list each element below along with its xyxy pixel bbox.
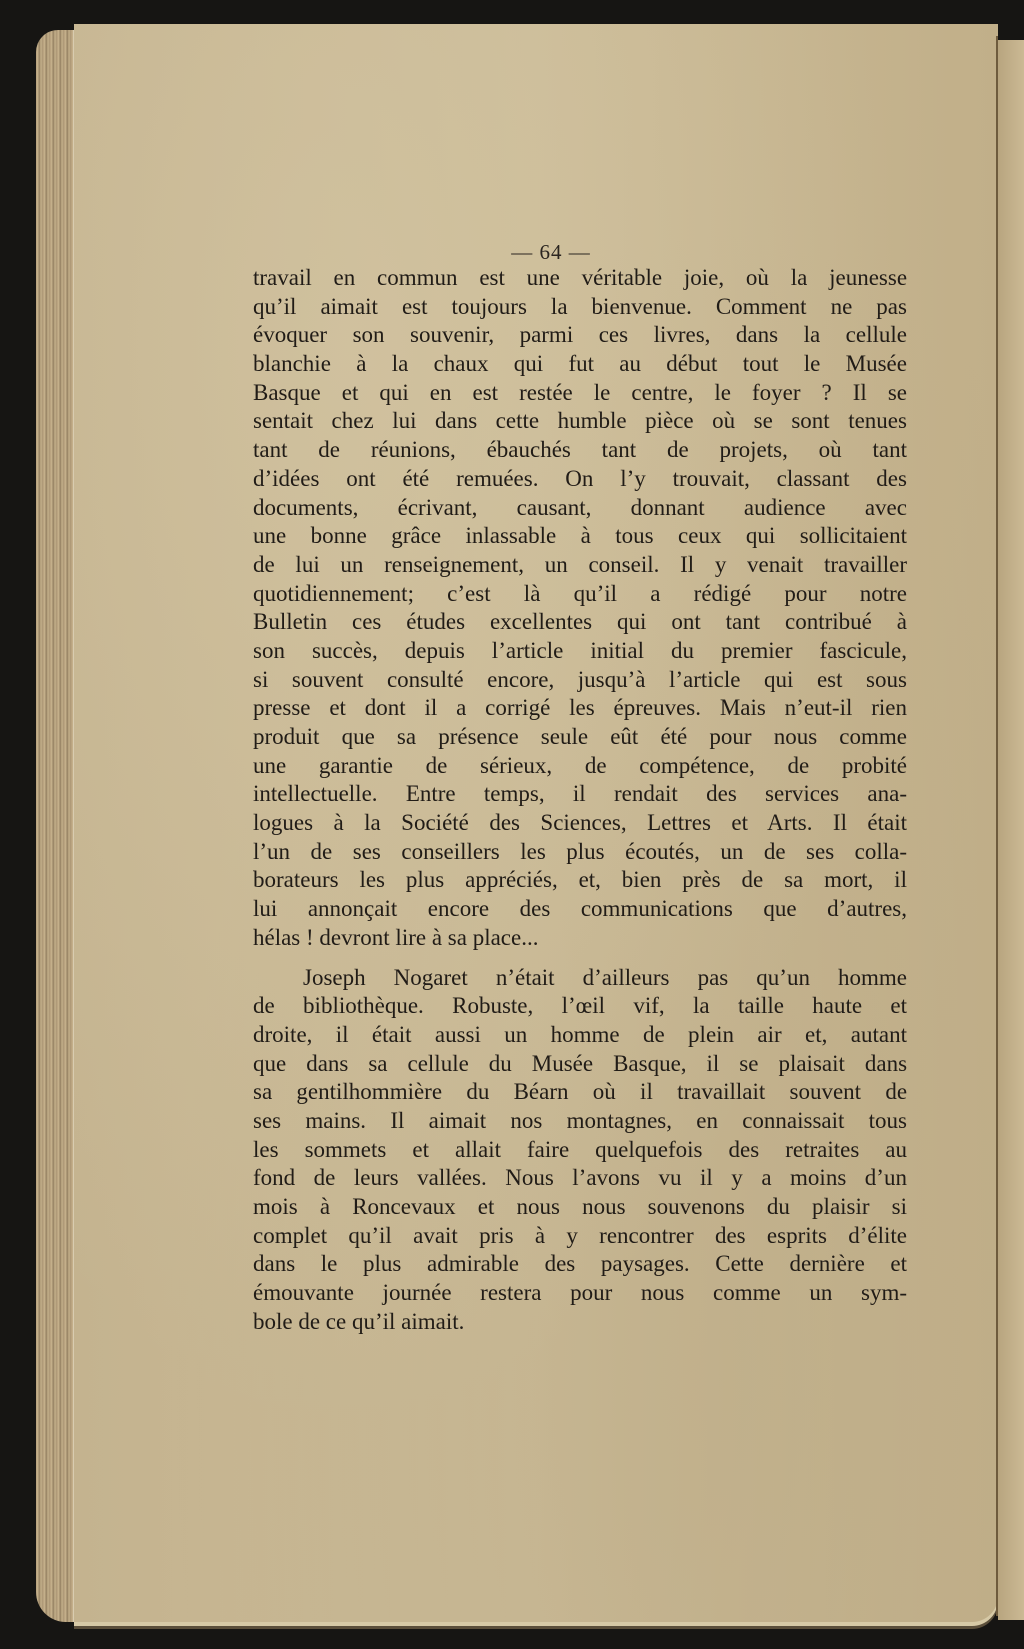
text-line: que dans sa cellule du Musée Basque, il … xyxy=(253,1050,907,1079)
text-line: Bulletin ces études excellentes qui ont … xyxy=(253,608,907,637)
text-line: qu’il aimait est toujours la bienvenue. … xyxy=(253,293,907,322)
text-line: mois à Roncevaux et nous nous souvenons … xyxy=(253,1193,907,1222)
text-line: les sommets et allait faire quelquefois … xyxy=(253,1136,907,1165)
text-line: produit que sa présence seule eût été po… xyxy=(253,723,907,752)
text-line: d’idées ont été remuées. On l’y trouvait… xyxy=(253,465,907,494)
text-line: sa gentilhommière du Béarn où il travail… xyxy=(253,1078,907,1107)
text-line: Joseph Nogaret n’était d’ailleurs pas qu… xyxy=(253,964,907,993)
gutter-fold xyxy=(996,36,998,1616)
text-line: documents, écrivant, causant, donnant au… xyxy=(253,494,907,523)
text-line: bole de ce qu’il aimait. xyxy=(253,1308,907,1337)
text-line: complet qu’il avait pris à y rencontrer … xyxy=(253,1222,907,1251)
text-line: une bonne grâce inlassable à tous ceux q… xyxy=(253,522,907,551)
body-text: travail en commun est une véritable joie… xyxy=(253,264,907,1336)
text-line: Basque et qui en est restée le centre, l… xyxy=(253,379,907,408)
text-line: de lui un renseignement, un conseil. Il … xyxy=(253,551,907,580)
text-line: blanchie à la chaux qui fut au début tou… xyxy=(253,350,907,379)
text-line: hélas ! devront lire à sa place... xyxy=(253,924,907,953)
paragraph-1: travail en commun est une véritable joie… xyxy=(253,264,907,953)
page-number: — 64 — xyxy=(74,240,998,265)
text-line: intellectuelle. Entre temps, il rendait … xyxy=(253,780,907,809)
text-line: tant de réunions, ébauchés tant de proje… xyxy=(253,436,907,465)
text-line: travail en commun est une véritable joie… xyxy=(253,264,907,293)
text-line: évoquer son souvenir, parmi ces livres, … xyxy=(253,321,907,350)
page-stack-edge xyxy=(36,30,76,1622)
text-line: presse et dont il a corrigé les épreuves… xyxy=(253,694,907,723)
text-line: quotidiennement; c’est là qu’il a rédigé… xyxy=(253,580,907,609)
text-line: borateurs les plus appréciés, et, bien p… xyxy=(253,866,907,895)
facing-page-edge xyxy=(998,40,1024,1620)
text-line: dans le plus admirable des paysages. Cet… xyxy=(253,1250,907,1279)
text-line: une garantie de sérieux, de compétence, … xyxy=(253,752,907,781)
text-line: émouvante journée restera pour nous comm… xyxy=(253,1279,907,1308)
text-line: lui annonçait encore des communications … xyxy=(253,895,907,924)
paragraph-gap xyxy=(253,953,907,964)
text-line: si souvent consulté encore, jusqu’à l’ar… xyxy=(253,666,907,695)
text-line: logues à la Société des Sciences, Lettre… xyxy=(253,809,907,838)
text-line: l’un de ses conseillers les plus écoutés… xyxy=(253,838,907,867)
text-line: droite, il était aussi un homme de plein… xyxy=(253,1021,907,1050)
text-line: sentait chez lui dans cette humble pièce… xyxy=(253,407,907,436)
text-line: son succès, depuis l’article initial du … xyxy=(253,637,907,666)
paragraph-2: Joseph Nogaret n’était d’ailleurs pas qu… xyxy=(253,964,907,1337)
text-line: ses mains. Il aimait nos montagnes, en c… xyxy=(253,1107,907,1136)
text-line: fond de leurs vallées. Nous l’avons vu i… xyxy=(253,1164,907,1193)
text-line: de bibliothèque. Robuste, l’œil vif, la … xyxy=(253,992,907,1021)
